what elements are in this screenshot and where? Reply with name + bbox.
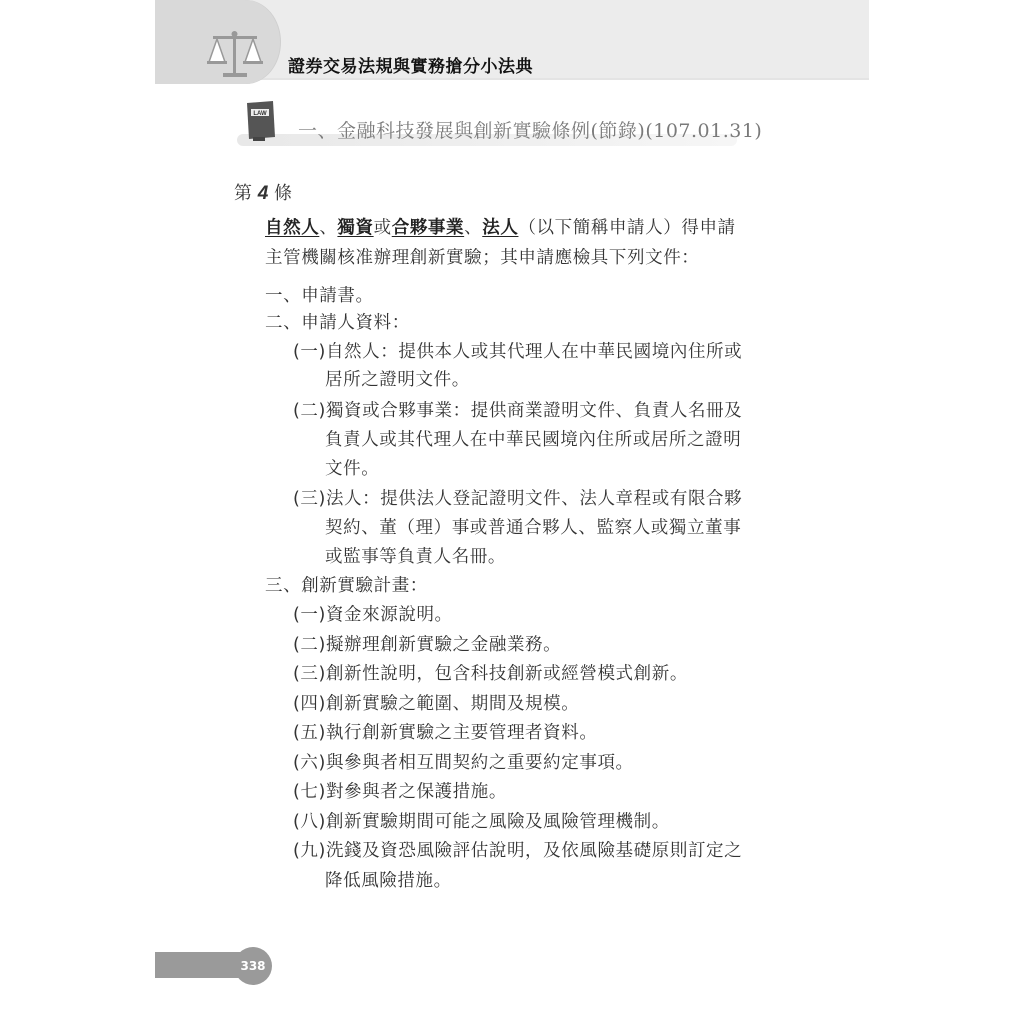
scale-of-justice-icon — [205, 28, 265, 80]
list-item: (一)資金來源說明。 — [293, 601, 453, 626]
list-item: 三、創新實驗計畫： — [265, 572, 428, 597]
list-item: 負責人或其代理人在中華民國境內住所或居所之證明 — [325, 426, 741, 451]
intro-line-2: 主管機關核准辦理創新實驗；其申請應檢具下列文件： — [265, 244, 699, 269]
list-item: (九)洗錢及資恐風險評估說明，及依風險基礎原則訂定之 — [293, 837, 742, 862]
list-item: 文件。 — [325, 455, 379, 480]
list-item: 二、申請人資料： — [265, 309, 410, 334]
term-sole-proprietorship: 獨資 — [337, 218, 373, 238]
term-juristic-person: 法人 — [482, 218, 518, 238]
list-item: (三)法人：提供法人登記證明文件、法人章程或有限合夥 — [293, 485, 742, 510]
list-item: (四)創新實驗之範圍、期間及規模。 — [293, 690, 579, 715]
separator: 或 — [374, 218, 392, 238]
list-item: 契約、董（理）事或普通合夥人、監察人或獨立董事 — [325, 514, 741, 539]
article-suffix: 條 — [274, 183, 292, 204]
list-item: (八)創新實驗期間可能之風險及風險管理機制。 — [293, 808, 670, 833]
list-item: (六)與參與者相互間契約之重要約定事項。 — [293, 749, 634, 774]
article-number: 4 — [258, 183, 269, 204]
list-item: (三)創新性說明，包含科技創新或經營模式創新。 — [293, 660, 688, 685]
list-item: (五)執行創新實驗之主要管理者資料。 — [293, 719, 597, 744]
book-title: 證券交易法規與實務搶分小法典 — [288, 52, 533, 77]
intro-rest: （以下簡稱申請人）得申請 — [518, 218, 735, 238]
separator: 、 — [464, 218, 482, 238]
list-item: 一、申請書。 — [265, 282, 374, 307]
article-prefix: 第 — [234, 183, 252, 204]
list-item: 居所之證明文件。 — [325, 366, 470, 391]
list-item: (二)擬辦理創新實驗之金融業務。 — [293, 631, 561, 656]
intro-line-1: 自然人、獨資或合夥事業、法人（以下簡稱申請人）得申請 — [265, 214, 736, 239]
list-item: 降低風險措施。 — [325, 867, 452, 892]
svg-text:LAW: LAW — [253, 111, 267, 117]
list-item: (七)對參與者之保護措施。 — [293, 778, 507, 803]
term-partnership: 合夥事業 — [392, 218, 464, 238]
list-item: 或監事等負責人名冊。 — [325, 543, 506, 568]
term-natural-person: 自然人 — [265, 218, 319, 238]
page-number: 338 — [234, 947, 272, 985]
section-title: 一、金融科技發展與創新實驗條例(節錄)(107.01.31) — [298, 116, 762, 143]
separator: 、 — [319, 218, 337, 238]
list-item: (二)獨資或合夥事業：提供商業證明文件、負責人名冊及 — [293, 397, 742, 422]
article-heading: 第 4 條 — [234, 179, 292, 205]
list-item: (一)自然人：提供本人或其代理人在中華民國境內住所或 — [293, 338, 742, 363]
law-book-icon: LAW — [243, 101, 277, 143]
